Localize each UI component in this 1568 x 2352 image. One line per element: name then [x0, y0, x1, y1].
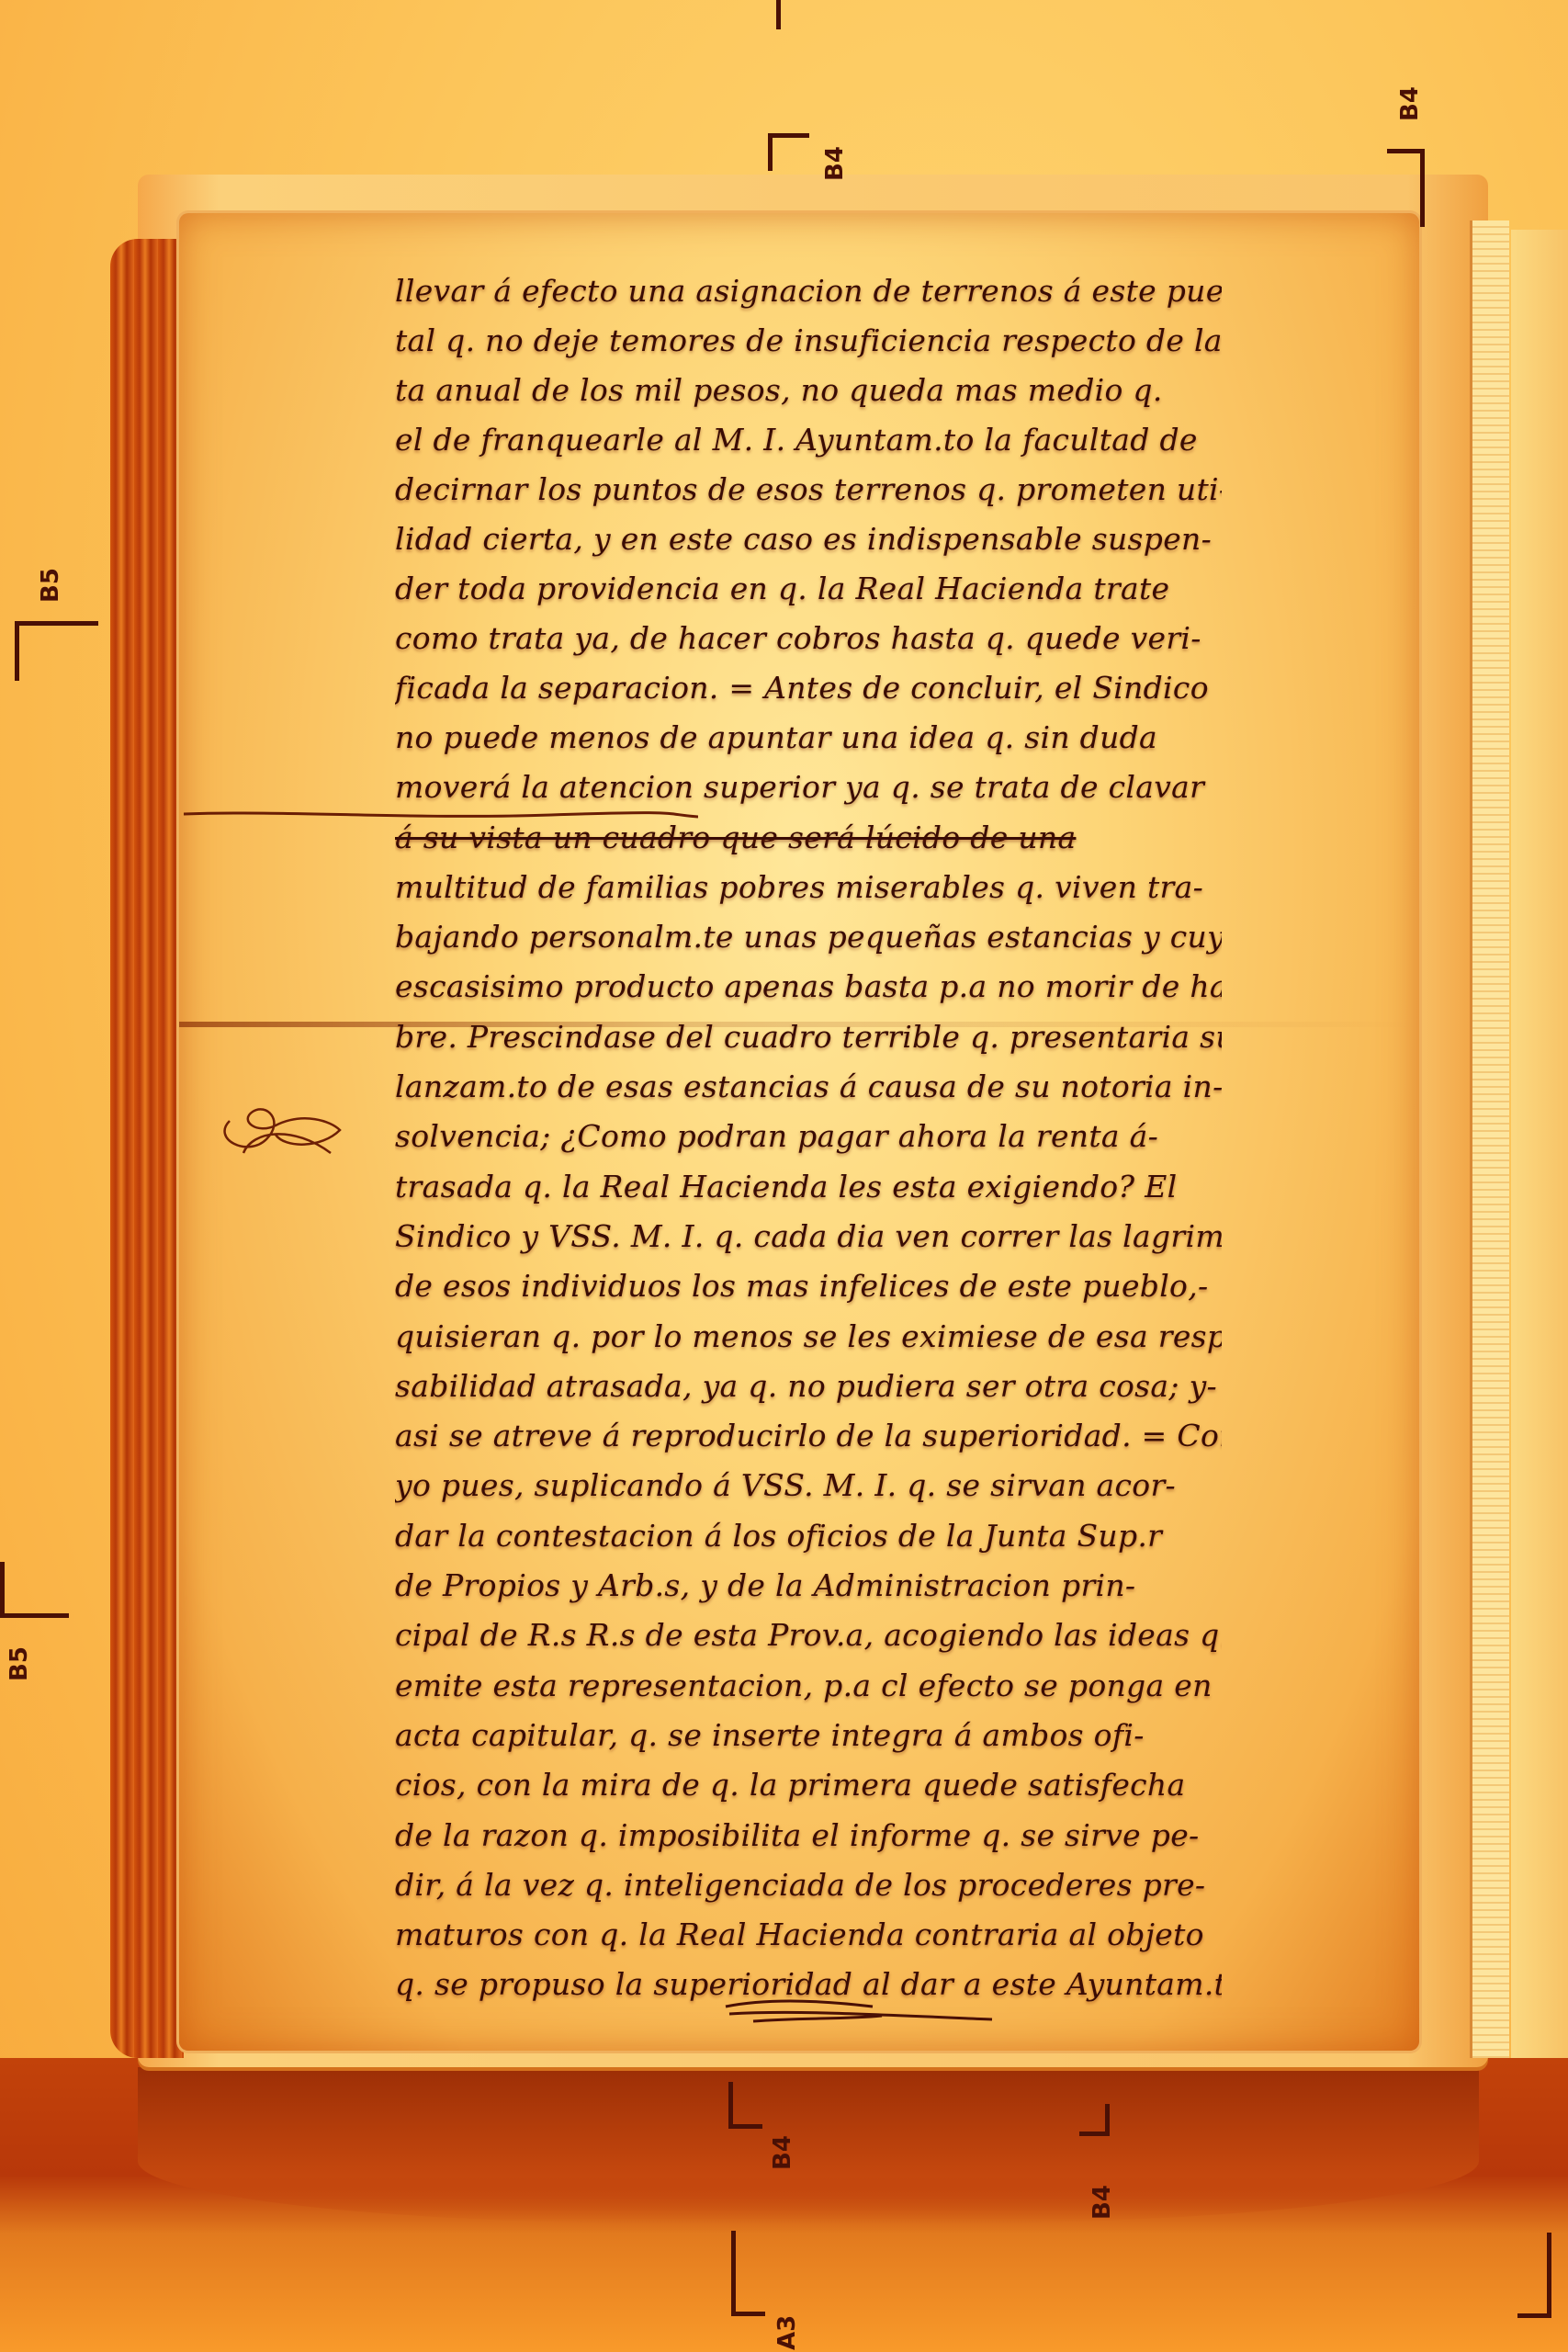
text-line: sabilidad atrasada, ya q. no pudiera ser… — [395, 1362, 1222, 1411]
text-line: cios, con la mira de q. la primera quede… — [395, 1760, 1222, 1810]
text-line: escasisimo producto apenas basta p.a no … — [395, 962, 1222, 1012]
text-line: Sindico y VSS. M. I. q. cada dia ven cor… — [395, 1212, 1222, 1261]
text-line: cipal de R.s R.s de esta Prov.a, acogien… — [395, 1611, 1222, 1660]
text-line: solvencia; ¿Como podran pagar ahora la r… — [395, 1112, 1222, 1161]
text-line: el de franquearle al M. I. Ayuntam.to la… — [395, 415, 1222, 465]
text-line-struck: á su vista un cuadro que será lúcido de … — [395, 813, 1222, 863]
text-line: maturos con q. la Real Hacienda contrari… — [395, 1910, 1222, 1960]
text-line: como trata ya, de hacer cobros hasta q. … — [395, 614, 1222, 663]
text-line: asi se atreve á reproducirlo de la super… — [395, 1411, 1222, 1461]
margin-flourish-icon — [211, 1084, 349, 1167]
text-line: der toda providencia en q. la Real Hacie… — [395, 564, 1222, 614]
text-line: llevar á efecto una asignacion de terren… — [395, 266, 1222, 316]
text-line: tal q. no deje temores de insuficiencia … — [395, 316, 1222, 366]
text-line: dar la contestacion á los oficios de la … — [395, 1511, 1222, 1561]
text-line: multitud de familias pobres miserables q… — [395, 863, 1222, 912]
text-line: lanzam.to de esas estancias á causa de s… — [395, 1062, 1222, 1112]
text-line: de Propios y Arb.s, y de la Administraci… — [395, 1561, 1222, 1611]
text-line: quisieran q. por lo menos se les eximies… — [395, 1312, 1222, 1362]
text-line: dir, á la vez q. inteligenciada de los p… — [395, 1860, 1222, 1910]
book-gutter — [1470, 220, 1509, 2058]
text-line: moverá la atencion superior ya q. se tra… — [395, 763, 1222, 812]
text-line: ta anual de los mil pesos, no queda mas … — [395, 366, 1222, 415]
text-line: acta capitular, q. se inserte integra á … — [395, 1711, 1222, 1760]
closing-paraph-icon — [716, 1994, 1010, 2027]
text-line: de esos individuos los mas infelices de … — [395, 1261, 1222, 1311]
book-page-edges — [110, 239, 184, 2058]
text-line: decirnar los puntos de esos terrenos q. … — [395, 465, 1222, 514]
text-line: yo pues, suplicando á VSS. M. I. q. se s… — [395, 1461, 1222, 1510]
text-line: bajando personalm.te unas pequeñas estan… — [395, 912, 1222, 962]
text-line: no puede menos de apuntar una idea q. si… — [395, 713, 1222, 763]
facing-page — [1511, 230, 1568, 2058]
text-line: lidad cierta, y en este caso es indispen… — [395, 514, 1222, 564]
text-line: emite esta representacion, p.a cl efecto… — [395, 1661, 1222, 1711]
text-line: trasada q. la Real Hacienda les esta exi… — [395, 1162, 1222, 1212]
text-line: bre. Prescindase del cuadro terrible q. … — [395, 1012, 1222, 1062]
book-shadow — [138, 2067, 1479, 2223]
manuscript-text: llevar á efecto una asignacion de terren… — [395, 266, 1222, 2010]
text-line: de la razon q. imposibilita el informe q… — [395, 1811, 1222, 1860]
text-line: ficada la separacion. = Antes de conclui… — [395, 663, 1222, 713]
